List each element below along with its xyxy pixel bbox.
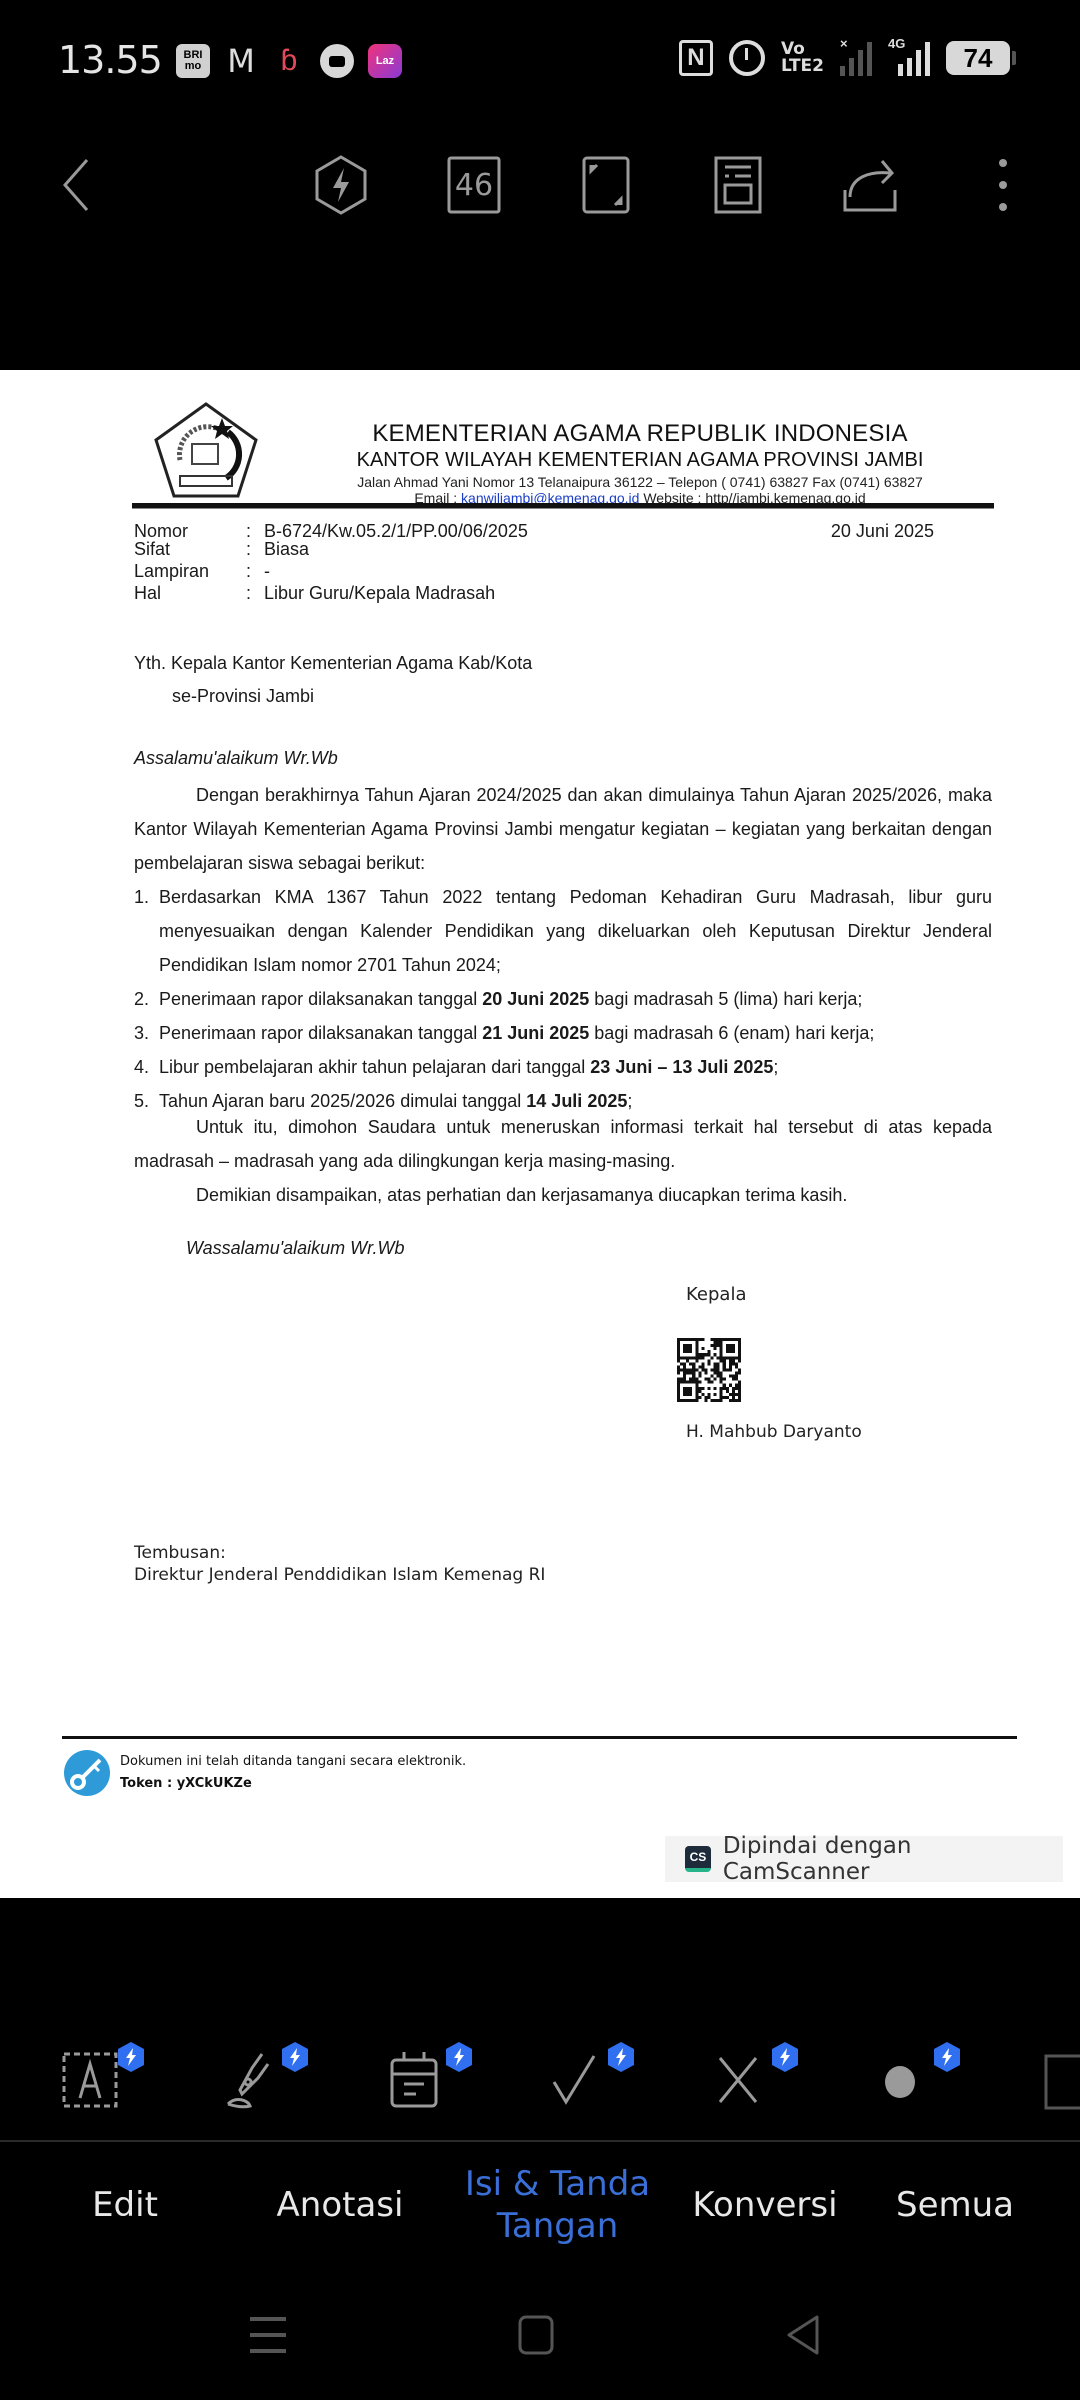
lightning-badge-icon xyxy=(934,2042,960,2072)
list-item: 2.Penerimaan rapor dilaksanakan tanggal … xyxy=(134,982,992,1016)
system-icons: N VoLTE2 × 4G 74 xyxy=(679,40,1010,76)
b-app-icon: ɓ xyxy=(272,44,306,78)
signature-pen-icon xyxy=(222,2050,282,2110)
fullscreen-button[interactable] xyxy=(571,150,641,220)
share-icon xyxy=(840,155,900,215)
list-item: 1.Berdasarkan KMA 1367 Tahun 2022 tentan… xyxy=(134,880,992,982)
status-bar: 13.55 BRI mo M ɓ Laz N VoLTE2 × 4G 74 xyxy=(0,0,1080,125)
meta-sifat: Sifat:Biasa xyxy=(134,538,934,560)
signature-tool[interactable] xyxy=(212,2040,292,2120)
checkmark-tool[interactable] xyxy=(536,2040,616,2120)
dot-icon xyxy=(870,2050,930,2110)
lightning-badge-icon xyxy=(118,2042,144,2072)
greeting: Assalamu'alaikum Wr.Wb xyxy=(134,748,992,769)
esign-note: Dokumen ini telah ditanda tangani secara… xyxy=(120,1751,466,1773)
fill-sign-tools xyxy=(0,2010,1080,2130)
home-button[interactable] xyxy=(506,2310,566,2360)
more-options-button[interactable] xyxy=(968,150,1038,220)
gmail-icon: M xyxy=(224,44,258,78)
lightning-hexagon-icon xyxy=(311,154,371,216)
top-toolbar: 46 xyxy=(0,140,1080,230)
bottom-tabs: Edit Anotasi Isi & Tanda Tangan Konversi… xyxy=(0,2150,1080,2260)
closing-paragraph-2: Demikian disampaikan, atas perhatian dan… xyxy=(134,1178,992,1212)
layout-icon xyxy=(713,155,763,215)
system-nav-bar xyxy=(0,2290,1080,2380)
sim2-signal-icon: × xyxy=(840,40,872,76)
letterhead: KEMENTERIAN AGAMA REPUBLIK INDONESIA KAN… xyxy=(130,390,1000,510)
page-count-button[interactable]: 46 xyxy=(439,150,509,220)
farewell: Wassalamu'alaikum Wr.Wb xyxy=(186,1238,1044,1259)
chat-icon xyxy=(320,44,354,78)
esign-notice: Dokumen ini telah ditanda tangani secara… xyxy=(64,1750,466,1796)
tab-anotasi[interactable]: Anotasi xyxy=(255,2150,425,2260)
camscanner-text: Dipindai dengan CamScanner xyxy=(723,1833,1063,1885)
volte-icon: VoLTE2 xyxy=(781,41,824,75)
signature-title: Kepala xyxy=(686,1284,746,1305)
calendar-icon xyxy=(384,2050,444,2110)
cross-tool[interactable] xyxy=(698,2040,778,2120)
tab-edit[interactable]: Edit xyxy=(40,2150,210,2260)
back-button[interactable] xyxy=(42,150,112,220)
share-button[interactable] xyxy=(835,150,905,220)
cross-icon xyxy=(708,2050,768,2110)
office-name: KANTOR WILAYAH KEMENTERIAN AGAMA PROVINS… xyxy=(280,449,1000,472)
camscanner-logo-icon: CS xyxy=(685,1846,711,1872)
page-count: 46 xyxy=(455,168,493,203)
checkmark-icon xyxy=(546,2050,606,2110)
footer-divider xyxy=(62,1736,1017,1739)
rectangle-tool[interactable] xyxy=(1030,2040,1080,2120)
meta-lampiran: Lampiran:- xyxy=(134,560,934,582)
lightning-badge-icon xyxy=(772,2042,798,2072)
date-tool[interactable] xyxy=(374,2040,454,2120)
item-list: 1.Berdasarkan KMA 1367 Tahun 2022 tentan… xyxy=(134,880,992,1118)
system-back-button[interactable] xyxy=(773,2310,833,2360)
rectangle-icon xyxy=(1040,2050,1080,2110)
kemenag-logo-icon xyxy=(150,400,262,500)
lightning-badge-icon xyxy=(608,2042,634,2072)
recent-apps-button[interactable] xyxy=(238,2310,298,2360)
esign-token: Token : yXCkUKZe xyxy=(120,1773,466,1795)
chevron-left-icon xyxy=(57,155,97,215)
intro-paragraph: Dengan berakhirnya Tahun Ajaran 2024/202… xyxy=(134,778,992,880)
battery-icon: 74 xyxy=(946,41,1010,75)
brimo-icon: BRI mo xyxy=(176,44,210,78)
letter-meta: Nomor:B-6724/Kw.05.2/1/PP.00/06/2025 Sif… xyxy=(134,520,934,604)
nfc-icon: N xyxy=(679,40,713,76)
list-item: 4.Libur pembelajaran akhir tahun pelajar… xyxy=(134,1050,992,1084)
status-time: 13.55 xyxy=(58,38,162,82)
office-address: Jalan Ahmad Yani Nomor 13 Telanaipura 36… xyxy=(280,474,1000,490)
key-icon xyxy=(64,1750,110,1796)
dot-tool[interactable] xyxy=(860,2040,940,2120)
text-box-tool[interactable] xyxy=(50,2040,130,2120)
notification-icons: BRI mo M ɓ Laz xyxy=(176,44,402,78)
carbon-copy: Tembusan: Direktur Jenderal Penddidikan … xyxy=(134,1542,545,1586)
more-vertical-icon xyxy=(993,155,1013,215)
recipient: Yth. Kepala Kantor Kementerian Agama Kab… xyxy=(134,647,992,713)
sim1-signal-icon: 4G xyxy=(888,40,930,76)
toolbar-divider xyxy=(0,2140,1080,2142)
text-box-icon xyxy=(60,2050,120,2110)
back-triangle-icon xyxy=(783,2313,823,2357)
camscanner-watermark: CS Dipindai dengan CamScanner xyxy=(665,1836,1063,1882)
tab-isi-tanda-tangan[interactable]: Isi & Tanda Tangan xyxy=(455,2150,660,2260)
list-item: 3.Penerimaan rapor dilaksanakan tanggal … xyxy=(134,1016,992,1050)
layout-button[interactable] xyxy=(703,150,773,220)
tab-konversi[interactable]: Konversi xyxy=(675,2150,855,2260)
document-page[interactable]: KEMENTERIAN AGAMA REPUBLIK INDONESIA KAN… xyxy=(0,370,1080,1898)
fullscreen-icon xyxy=(581,155,631,215)
signer-name: H. Mahbub Daryanto xyxy=(686,1422,862,1442)
tab-semua[interactable]: Semua xyxy=(870,2150,1040,2260)
letter-date: 20 Juni 2025 xyxy=(831,520,934,542)
lightning-badge-icon xyxy=(446,2042,472,2072)
quick-action-button[interactable] xyxy=(306,150,376,220)
meta-hal: Hal:Libur Guru/Kepala Madrasah xyxy=(134,582,934,604)
letterhead-text: KEMENTERIAN AGAMA REPUBLIK INDONESIA KAN… xyxy=(280,420,1000,506)
letterhead-divider xyxy=(132,503,994,509)
home-square-icon xyxy=(516,2313,556,2357)
ministry-name: KEMENTERIAN AGAMA REPUBLIK INDONESIA xyxy=(280,420,1000,448)
alarm-icon xyxy=(729,40,765,76)
qr-code-icon[interactable] xyxy=(677,1338,741,1402)
closing-paragraph-1: Untuk itu, dimohon Saudara untuk menerus… xyxy=(134,1110,992,1178)
menu-icon xyxy=(248,2315,288,2355)
lightning-badge-icon xyxy=(282,2042,308,2072)
lazada-icon: Laz xyxy=(368,44,402,78)
